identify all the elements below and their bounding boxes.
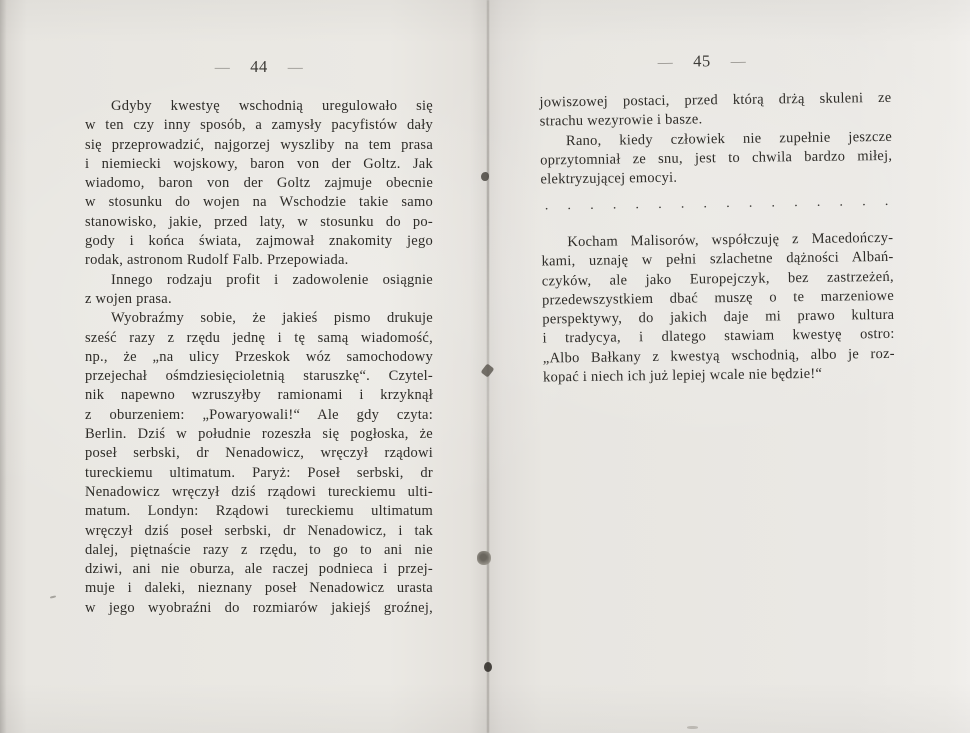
book-scan-spread: —44— Gdyby kwestyę wschodnią uregulowało… bbox=[0, 0, 970, 733]
right-page-text-bottom: Kocham Malisorów, współczuję z Macedończ… bbox=[541, 229, 895, 388]
text-line: tureckiemu ultimatum. Paryż: Poseł serbs… bbox=[85, 464, 433, 483]
text-line: w ten czy inny sposób, a zamysły pacyfis… bbox=[85, 116, 433, 135]
text-line: muje i daleki, nieznany poseł Nenadowicz… bbox=[85, 579, 433, 598]
text-line: nik napewno wzruszyłby ramionami i krzyk… bbox=[85, 386, 433, 405]
text-line: wręczył dziś poseł serbski, dr Nenadowic… bbox=[85, 522, 433, 541]
text-line: przejechał ośmdziesięcioletnią staruszkę… bbox=[85, 367, 433, 386]
binding-mark bbox=[484, 662, 492, 672]
text-line: się przeprowadzić, najgorzej wyszliby na… bbox=[85, 136, 433, 155]
paper-smudge bbox=[687, 726, 698, 729]
text-line: dziwi, ani nie oburza, ale raczej podnie… bbox=[85, 560, 433, 579]
text-line: Berlin. Dziś w południe rozeszła się pog… bbox=[85, 425, 433, 444]
text-line: wiadomo, baron von der Goltz zajmuje obe… bbox=[85, 174, 433, 193]
page-header-left: —44— bbox=[85, 57, 433, 77]
text-line: matum. Londyn: Rządowi tureckiemu ultima… bbox=[85, 502, 433, 521]
page-number: 45 bbox=[693, 51, 711, 70]
header-dash: — bbox=[288, 60, 304, 76]
text-line: gody i końca świata, zajmował znakomity … bbox=[85, 232, 433, 251]
left-page-text: Gdyby kwestyę wschodnią uregulowało się … bbox=[85, 97, 433, 618]
binding-mark bbox=[477, 551, 491, 565]
text-line: np., że „na ulicy Przeskok wóz samochodo… bbox=[85, 348, 433, 367]
text-line: poseł serbski, dr Nenadowicz, wręczył rz… bbox=[85, 444, 433, 463]
text-line: Innego rodzaju profit i zadowolenie osią… bbox=[85, 271, 433, 290]
text-line: w jego wyobraźni do rozmiarów jakiejś gr… bbox=[85, 599, 433, 618]
header-dash: — bbox=[215, 60, 231, 76]
binding-mark bbox=[481, 363, 495, 377]
text-line: w stosunku do wojen na Wschodzie takie s… bbox=[85, 193, 433, 212]
text-line: kopać i niech ich już lepiej wcale nie b… bbox=[543, 364, 895, 388]
right-page: —45— jowiszowej postaci, przed którą drż… bbox=[537, 41, 898, 466]
text-line: rodak, astronom Rudolf Falb. Przepowiada… bbox=[85, 251, 433, 270]
text-line: dalej, piętnaście razy z rzędu, to go to… bbox=[85, 541, 433, 560]
text-line: Gdyby kwestyę wschodnią uregulowało się bbox=[85, 97, 433, 116]
text-line: Nenadowicz wręczył dziś rządowi tureckie… bbox=[85, 483, 433, 502]
binding-mark bbox=[481, 172, 489, 181]
text-line: i niemiecki wojskowy, baron von der Golt… bbox=[85, 155, 433, 174]
right-page-text-top: jowiszowej postaci, przed którą drżą sku… bbox=[539, 89, 892, 190]
text-line: z wojen prasa. bbox=[85, 290, 433, 309]
text-line: sześć razy z rzędu jednę i tę samą wiado… bbox=[85, 329, 433, 348]
text-line: Wyobraźmy sobie, że jakieś pismo drukuje bbox=[85, 309, 433, 328]
page-number: 44 bbox=[250, 57, 268, 76]
page-header-right: —45— bbox=[537, 49, 867, 73]
text-line: z oburzeniem: „Powaryowali!“ Ale gdy czy… bbox=[85, 406, 433, 425]
header-dash: — bbox=[658, 55, 674, 71]
text-line: elektryzującej emocyi. bbox=[540, 166, 892, 190]
section-divider-dots: . . . . . . . . . . . . . . . . bbox=[545, 194, 889, 215]
header-dash: — bbox=[731, 54, 747, 70]
paper-speck bbox=[50, 595, 56, 598]
text-line: stanowisko, jakie, przed laty, w stosunk… bbox=[85, 213, 433, 232]
